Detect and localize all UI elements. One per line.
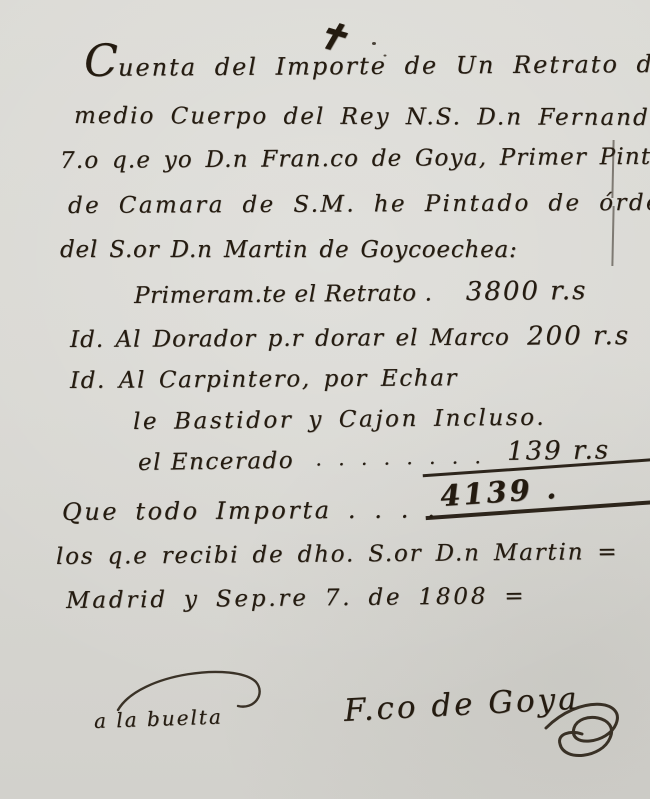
manuscript-line-3: 7.o q.e yo D.n Fran.co de Goya, Primer P… xyxy=(60,145,650,175)
manuscript-page: ✝ Cuenta del Importe de Un Retrato de me… xyxy=(0,0,650,799)
account-row-carpintero: Id. Al Carpintero, por Echar xyxy=(70,366,458,394)
closing-line-recibi: los q.e recibi de dho. S.or D.n Martin = xyxy=(56,540,619,570)
account-label: Primeram.te el Retrato . xyxy=(134,280,433,309)
manuscript-line-2: medio Cuerpo del Rey N.S. D.n Fernando xyxy=(74,104,650,131)
account-amount: 200 r.s xyxy=(527,321,630,352)
page-edge-mark xyxy=(611,206,614,266)
account-label: el Encerado xyxy=(138,448,295,476)
manuscript-line-title: Cuenta del Importe de Un Retrato de xyxy=(84,46,650,81)
manuscript-line-4: de Camara de S.M. he Pintado de órden xyxy=(68,191,650,219)
closing-line-date: Madrid y Sep.re 7. de 1808 = xyxy=(66,584,527,614)
account-row-retrato: Primeram.te el Retrato . 3800 r.s xyxy=(134,277,588,310)
leader-dots: . . . . . . . . xyxy=(315,444,486,470)
total-label-line: Que todo Importa . . . . xyxy=(62,496,438,525)
account-row-dorador: Id. Al Dorador p.r dorar el Marco 200 r.… xyxy=(70,322,630,354)
account-amount: 3800 r.s xyxy=(466,276,588,307)
signature-rubric-flourish xyxy=(540,692,640,772)
bottom-left-note: a la buelta xyxy=(94,706,224,732)
ink-specks xyxy=(372,42,376,45)
manuscript-line-5: del S.or D.n Martin de Goycoechea: xyxy=(60,238,518,263)
account-label: Id. Al Dorador p.r dorar el Marco xyxy=(70,325,510,353)
account-row-bastidor: le Bastidor y Cajon Incluso. xyxy=(133,406,546,436)
